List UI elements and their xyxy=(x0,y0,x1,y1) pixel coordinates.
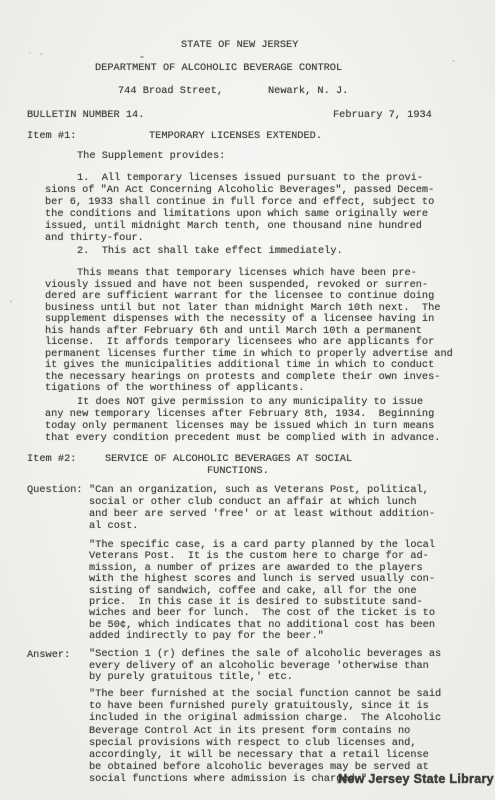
paper-speck xyxy=(40,53,43,55)
answer-label: Answer: xyxy=(27,649,70,661)
item1-title: TEMPORARY LICENSES EXTENDED. xyxy=(149,130,322,142)
question-label: Question: xyxy=(27,484,83,496)
item2-title-line2: FUNCTIONS. xyxy=(207,465,269,477)
question-paragraph-1: "Can an organization, such as Veterans P… xyxy=(89,484,467,532)
answer-paragraph-2: "The beer furnished at the social functi… xyxy=(89,688,467,786)
item1-label: Item #1: xyxy=(27,130,76,142)
street-address: 744 Broad Street, xyxy=(118,85,223,97)
paper-speck xyxy=(29,52,31,54)
item1-paragraph-explanation: This means that temporary licenses which… xyxy=(45,268,481,395)
department-title: DEPARTMENT OF ALCOHOLIC BEVERAGE CONTROL xyxy=(95,62,342,74)
paper-speck xyxy=(140,56,144,58)
scanned-bulletin-page: STATE OF NEW JERSEY DEPARTMENT OF ALCOHO… xyxy=(0,0,495,800)
library-stamp: New Jersey State Library xyxy=(338,772,494,786)
bulletin-date: February 7, 1934 xyxy=(333,109,432,121)
city-address: Newark, N. J. xyxy=(268,85,348,97)
paper-speck xyxy=(10,300,12,303)
state-title: STATE OF NEW JERSEY xyxy=(181,39,298,51)
question-paragraph-2: "The specific case, is a card party plan… xyxy=(89,540,467,643)
item1-paragraph-clause1: 1. All temporary licenses issued pursuan… xyxy=(45,172,477,244)
item1-paragraph-intro: The Supplement provides: xyxy=(45,150,477,162)
item1-paragraph-restriction: It does NOT give permission to any munic… xyxy=(45,396,477,444)
item1-paragraph-clause2: 2. This act shall take effect immediatel… xyxy=(45,245,477,257)
item2-label: Item #2: xyxy=(27,453,76,465)
bulletin-number: BULLETIN NUMBER 14. xyxy=(27,109,144,121)
answer-paragraph-1: "Section 1 (r) defines the sale of alcoh… xyxy=(89,649,467,684)
item2-title-line1: SERVICE OF ALCOHOLIC BEVERAGES AT SOCIAL xyxy=(105,453,352,465)
paper-speck xyxy=(452,60,455,62)
